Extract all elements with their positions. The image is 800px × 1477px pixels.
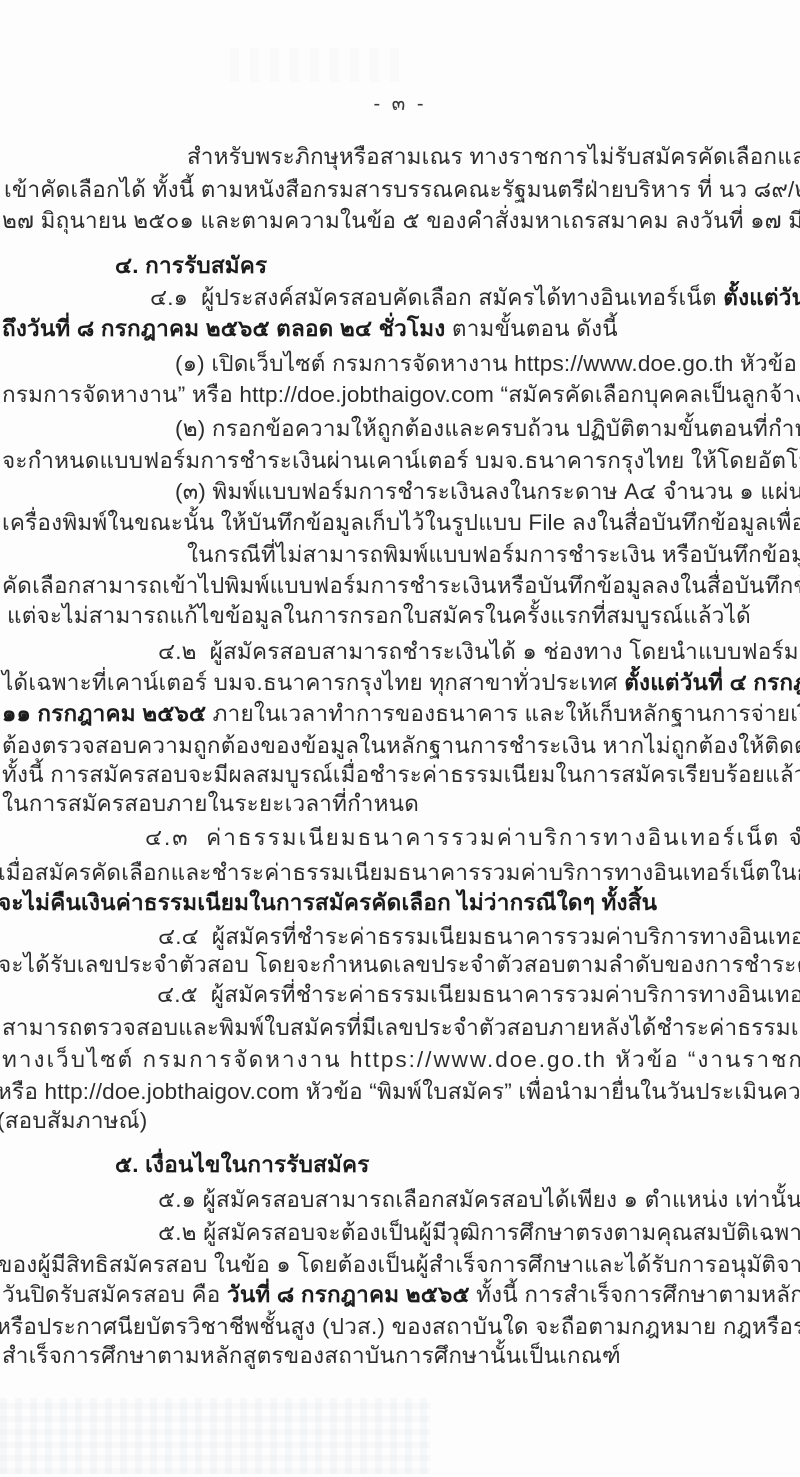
text-line: ของผู้มีสิทธิสมัครสอบ ในข้อ ๑ โดยต้องเป็… [0, 1250, 800, 1280]
text-line: เมื่อสมัครคัดเลือกและชำระค่าธรรมเนียมธนา… [0, 858, 800, 888]
bold-text-segment: ถึงวันที่ ๘ กรกฎาคม ๒๕๖๕ ตลอด ๒๔ ชั่วโมง [2, 316, 445, 341]
text-segment: เครื่องพิมพ์ในขณะนั้น ให้บันทึกข้อมูลเก็… [2, 510, 800, 535]
document-page: - ๓ - สำหรับพระภิกษุหรือสามเณร ทางราชการ… [0, 0, 800, 1477]
text-segment: ๔.๑ ผู้ประสงค์สมัครสอบคัดเลือก สมัครได้ท… [150, 285, 723, 310]
text-segment: ๕.๑ ผู้สมัครสอบสามารถเลือกสมัครสอบได้เพี… [158, 1187, 800, 1212]
text-line: (๓) พิมพ์แบบฟอร์มการชำระเงินลงในกระดาษ A… [175, 477, 800, 507]
text-segment: ในการสมัครสอบภายในระยะเวลาที่กำหนด [2, 791, 419, 816]
text-segment: ๕. เงื่อนไขในการรับสมัคร [115, 1152, 370, 1177]
text-segment: หรือ http://doe.jobthaigov.com หัวข้อ “พ… [0, 1079, 800, 1104]
text-segment: ๒๗ มิถุนายน ๒๕๐๑ และตามความในข้อ ๕ ของคำ… [2, 208, 800, 233]
bold-text-segment: จะไม่คืนเงินค่าธรรมเนียมในการสมัครคัดเลื… [0, 890, 657, 915]
text-segment: ๔.๔ ผู้สมัครที่ชำระค่าธรรมเนียมธนาคารรวม… [158, 924, 800, 949]
bold-text-segment: ตั้งแต่วันที่ ๔ กรกฎาคม ๒๕๖๕ ถึงวันที่ [624, 670, 800, 695]
text-line: ๒๗ มิถุนายน ๒๕๐๑ และตามความในข้อ ๕ ของคำ… [2, 206, 800, 236]
text-segment: วันปิดรับสมัครสอบ คือ [2, 1282, 227, 1307]
text-segment: ในกรณีที่ไม่สามารถพิมพ์แบบฟอร์มการชำระเง… [187, 542, 800, 567]
text-segment: หรือประกาศนียบัตรวิชาชีพชั้นสูง (ปวส.) ข… [0, 1314, 800, 1339]
text-line: ในการสมัครสอบภายในระยะเวลาที่กำหนด [2, 789, 419, 819]
text-line: ได้เฉพาะที่เคาน์เตอร์ บมจ.ธนาคารกรุงไทย … [2, 668, 800, 698]
text-line: ๕.๑ ผู้สมัครสอบสามารถเลือกสมัครสอบได้เพี… [158, 1185, 800, 1215]
text-line: ๑๑ กรกฎาคม ๒๕๖๕ ภายในเวลาทำการของธนาคาร … [2, 699, 800, 729]
text-line: เข้าคัดเลือกได้ ทั้งนี้ ตามหนังสือกรมสาร… [4, 175, 800, 205]
text-segment: เมื่อสมัครคัดเลือกและชำระค่าธรรมเนียมธนา… [0, 860, 800, 885]
text-line: ในกรณีที่ไม่สามารถพิมพ์แบบฟอร์มการชำระเง… [187, 540, 800, 570]
text-line: สำหรับพระภิกษุหรือสามเณร ทางราชการไม่รับ… [187, 142, 800, 172]
section-5-heading: ๕. เงื่อนไขในการรับสมัคร [115, 1150, 370, 1180]
text-line: หรือ http://doe.jobthaigov.com หัวข้อ “พ… [0, 1077, 800, 1107]
text-segment: ของผู้มีสิทธิสมัครสอบ ในข้อ ๑ โดยต้องเป็… [0, 1252, 800, 1277]
text-segment: จะได้รับเลขประจำตัวสอบ โดยจะกำหนดเลขประจ… [0, 952, 800, 977]
text-line: จะไม่คืนเงินค่าธรรมเนียมในการสมัครคัดเลื… [0, 888, 657, 918]
text-segment: (สอบสัมภาษณ์) [0, 1108, 147, 1133]
text-segment: คัดเลือกสามารถเข้าไปพิมพ์แบบฟอร์มการชำระ… [2, 573, 800, 598]
text-segment: ทางเว็บไซต์ กรมการจัดหางาน https://www.d… [2, 1047, 800, 1072]
text-line: ๔.๕ ผู้สมัครที่ชำระค่าธรรมเนียมธนาคารรวม… [157, 980, 800, 1010]
text-line: กรมการจัดหางาน” หรือ http://doe.jobthaig… [2, 380, 800, 410]
bold-text-segment: วันที่ ๘ กรกฎาคม ๒๕๖๕ [227, 1282, 470, 1307]
text-line: ๔.๔ ผู้สมัครที่ชำระค่าธรรมเนียมธนาคารรวม… [158, 922, 800, 952]
text-line: คัดเลือกสามารถเข้าไปพิมพ์แบบฟอร์มการชำระ… [2, 571, 800, 601]
text-segment: ๕.๒ ผู้สมัครสอบจะต้องเป็นผู้มีวุฒิการศึก… [158, 1220, 800, 1245]
text-line: วันปิดรับสมัครสอบ คือ วันที่ ๘ กรกฎาคม ๒… [2, 1280, 800, 1310]
text-line: เครื่องพิมพ์ในขณะนั้น ให้บันทึกข้อมูลเก็… [2, 508, 800, 538]
text-segment: ๔.๓ ค่าธรรมเนียมธนาคารรวมค่าบริการทางอิน… [145, 825, 800, 850]
text-line: หรือประกาศนียบัตรวิชาชีพชั้นสูง (ปวส.) ข… [0, 1312, 800, 1342]
text-segment: ๔.๕ ผู้สมัครที่ชำระค่าธรรมเนียมธนาคารรวม… [157, 982, 800, 1007]
text-segment: สำหรับพระภิกษุหรือสามเณร ทางราชการไม่รับ… [187, 144, 800, 169]
text-segment: กรมการจัดหางาน” หรือ http://doe.jobthaig… [2, 382, 800, 407]
section-4-heading: ๔. การรับสมัคร [115, 251, 267, 281]
text-line: จะได้รับเลขประจำตัวสอบ โดยจะกำหนดเลขประจ… [0, 950, 800, 980]
text-line: แต่จะไม่สามารถแก้ไขข้อมูลในการกรอกใบสมัค… [7, 601, 751, 631]
text-line: ๕.๒ ผู้สมัครสอบจะต้องเป็นผู้มีวุฒิการศึก… [158, 1218, 800, 1248]
text-segment: ได้เฉพาะที่เคาน์เตอร์ บมจ.ธนาคารกรุงไทย … [2, 670, 624, 695]
text-line: (๑) เปิดเว็บไซต์ กรมการจัดหางาน https://… [175, 349, 800, 379]
text-segment: ทั้งนี้ การสมัครสอบจะมีผลสมบูรณ์เมื่อชำร… [2, 762, 800, 787]
bold-text-segment: ตั้งแต่วันที่ ๔ กรกฎาคม ๒๕๖๕ [723, 285, 800, 310]
text-line: ต้องตรวจสอบความถูกต้องของข้อมูลในหลักฐาน… [2, 731, 800, 761]
text-segment: (๑) เปิดเว็บไซต์ กรมการจัดหางาน https://… [175, 351, 800, 376]
text-line: (สอบสัมภาษณ์) [0, 1106, 147, 1136]
text-line: (๒) กรอกข้อความให้ถูกต้องและครบถ้วน ปฏิบ… [175, 414, 800, 444]
text-segment: ทั้งนี้ การสำเร็จการศึกษาตามหลักสูตรขั้น… [470, 1282, 800, 1307]
text-segment: สามารถตรวจสอบและพิมพ์ใบสมัครที่มีเลขประจ… [2, 1015, 800, 1040]
text-segment: ต้องตรวจสอบความถูกต้องของข้อมูลในหลักฐาน… [2, 733, 800, 758]
scan-artifact [230, 48, 410, 82]
text-line: ถึงวันที่ ๘ กรกฎาคม ๒๕๖๕ ตลอด ๒๔ ชั่วโมง… [2, 314, 618, 344]
text-segment: จะกำหนดแบบฟอร์มการชำระเงินผ่านเคาน์เตอร์… [2, 448, 800, 473]
text-segment: สำเร็จการศึกษาตามหลักสูตรของสถาบันการศึก… [2, 1343, 621, 1368]
text-segment: ๔. การรับสมัคร [115, 253, 267, 278]
text-segment: เข้าคัดเลือกได้ ทั้งนี้ ตามหนังสือกรมสาร… [4, 177, 800, 202]
text-line: ทางเว็บไซต์ กรมการจัดหางาน https://www.d… [2, 1045, 800, 1075]
scan-artifact [0, 1398, 430, 1474]
text-segment: ภายในเวลาทำการของธนาคาร และให้เก็บหลักฐา… [206, 701, 800, 726]
text-line: ๔.๒ ผู้สมัครสอบสามารถชำระเงินได้ ๑ ช่องท… [158, 637, 800, 667]
text-segment: แต่จะไม่สามารถแก้ไขข้อมูลในการกรอกใบสมัค… [7, 603, 751, 628]
text-line: ๔.๑ ผู้ประสงค์สมัครสอบคัดเลือก สมัครได้ท… [150, 283, 800, 313]
text-line: สำเร็จการศึกษาตามหลักสูตรของสถาบันการศึก… [2, 1341, 621, 1371]
text-line: ๔.๓ ค่าธรรมเนียมธนาคารรวมค่าบริการทางอิน… [145, 823, 800, 853]
text-segment: ๔.๒ ผู้สมัครสอบสามารถชำระเงินได้ ๑ ช่องท… [158, 639, 800, 664]
text-line: สามารถตรวจสอบและพิมพ์ใบสมัครที่มีเลขประจ… [2, 1013, 800, 1043]
text-segment: (๒) กรอกข้อความให้ถูกต้องและครบถ้วน ปฏิบ… [175, 416, 800, 441]
text-segment: (๓) พิมพ์แบบฟอร์มการชำระเงินลงในกระดาษ A… [175, 479, 800, 504]
bold-text-segment: ๑๑ กรกฎาคม ๒๕๖๕ [2, 701, 206, 726]
page-number: - ๓ - [0, 90, 800, 118]
text-segment: ตามขั้นตอน ดังนี้ [445, 316, 617, 341]
text-line: จะกำหนดแบบฟอร์มการชำระเงินผ่านเคาน์เตอร์… [2, 446, 800, 476]
text-line: ทั้งนี้ การสมัครสอบจะมีผลสมบูรณ์เมื่อชำร… [2, 760, 800, 790]
